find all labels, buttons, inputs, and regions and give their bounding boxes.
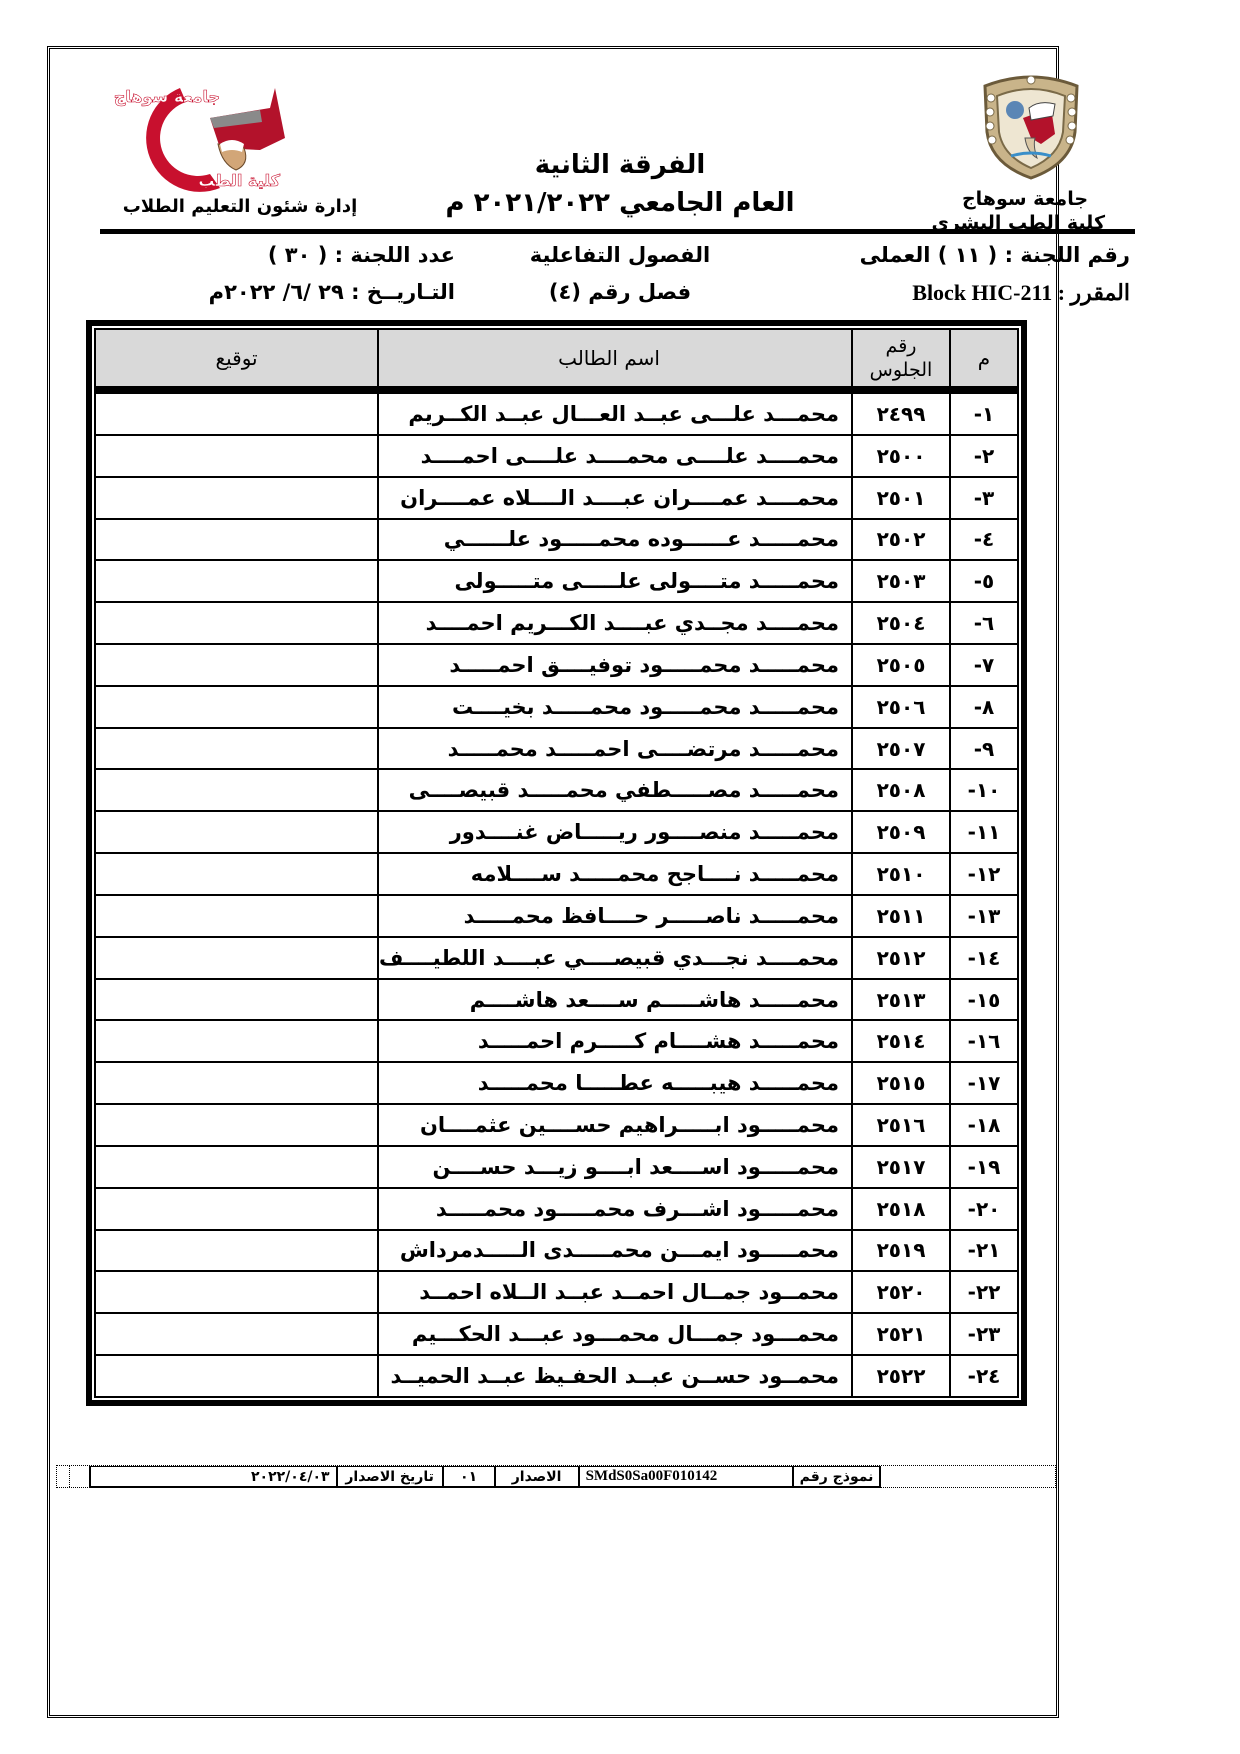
signature-cell[interactable] — [95, 811, 378, 853]
signature-cell[interactable] — [95, 390, 378, 435]
signature-cell[interactable] — [95, 1062, 378, 1104]
row-number: ٨- — [950, 686, 1018, 728]
table-row: ٢٠-٢٥١٨محمـــــود اشـــرف محمـــــود محم… — [95, 1188, 1018, 1230]
table-row: ٢٤-٢٥٢٢محمــود حســن عبــد الحفـيظ عبــد… — [95, 1355, 1018, 1397]
issue-date-label: تاريخ الاصدار — [337, 1467, 443, 1488]
row-number: ٢٤- — [950, 1355, 1018, 1397]
row-number: ١٩- — [950, 1146, 1018, 1188]
table-row: ٧-٢٥٠٥محمـــــد محمـــــود توفيــــق احم… — [95, 644, 1018, 686]
student-name: محمــــد عمــــران عبــــد الــــلاه عمـ… — [378, 477, 852, 519]
seat-number: ٢٥٠٨ — [852, 769, 950, 811]
student-name: محمـــــد مصـــــطفي محمـــــد قبيصــــى — [378, 769, 852, 811]
footer-stub — [69, 1466, 91, 1487]
signature-cell[interactable] — [95, 477, 378, 519]
student-name: محمـــود جمـــال محمـــود عبـــد الحكـــ… — [378, 1313, 852, 1355]
row-number: ١٦- — [950, 1020, 1018, 1062]
signature-cell[interactable] — [95, 1355, 378, 1397]
signature-cell[interactable] — [95, 519, 378, 561]
column-header-signature: توقيع — [95, 329, 378, 390]
signature-cell[interactable] — [95, 769, 378, 811]
seat-number: ٢٥١٩ — [852, 1230, 950, 1272]
signature-cell[interactable] — [95, 1271, 378, 1313]
signature-cell[interactable] — [95, 435, 378, 477]
table-header-row: م رقم الجلوس اسم الطالب توقيع — [95, 329, 1018, 390]
student-name: محمــود جمــال احمــد عبــد الــلاه احمـ… — [378, 1271, 852, 1313]
department-caption: إدارة شئون التعليم الطلاب — [120, 196, 360, 217]
row-number: ٢٠- — [950, 1188, 1018, 1230]
table-row: ١٣-٢٥١١محمـــــد ناصـــــر حــــافظ محمـ… — [95, 895, 1018, 937]
student-name: محمـــــد هاشـــــم ســــعد هاشــــم — [378, 979, 852, 1021]
seat-number: ٢٥١٥ — [852, 1062, 950, 1104]
seat-number: ٢٥١٠ — [852, 853, 950, 895]
seat-number: ٢٥٠٢ — [852, 519, 950, 561]
student-name: محمـــــد هيبـــــه عطـــــا محمـــــد — [378, 1062, 852, 1104]
row-number: ١١- — [950, 811, 1018, 853]
table-row: ١٧-٢٥١٥محمـــــد هيبـــــه عطـــــا محمـ… — [95, 1062, 1018, 1104]
student-name: محمـــــد مرتضــــى احمـــــد محمـــــد — [378, 728, 852, 770]
seat-number: ٢٥١٧ — [852, 1146, 950, 1188]
seat-number: ٢٥٠٠ — [852, 435, 950, 477]
seat-number: ٢٥٢١ — [852, 1313, 950, 1355]
svg-text:جامعة سوهاج: جامعة سوهاج — [114, 87, 220, 106]
table-row: ٢١-٢٥١٩محمـــــود ايمـــن محمـــــدى الـ… — [95, 1230, 1018, 1272]
row-number: ٣- — [950, 477, 1018, 519]
student-name: محمـــــود ايمـــن محمـــــدى الـــــدمر… — [378, 1230, 852, 1272]
student-name: محمـــــد نــــاجح محمـــــد ســــلامه — [378, 853, 852, 895]
seat-number: ٢٥٠١ — [852, 477, 950, 519]
student-name: محمــــد نجـــدي قبيصــــي عبــــد اللطي… — [378, 937, 852, 979]
table-row: ١٥-٢٥١٣محمـــــد هاشـــــم ســــعد هاشــ… — [95, 979, 1018, 1021]
row-number: ١٨- — [950, 1104, 1018, 1146]
student-name: محمـــــد عــــــوده محمـــــود علــــــ… — [378, 519, 852, 561]
seat-number: ٢٥١١ — [852, 895, 950, 937]
row-number: ١٠- — [950, 769, 1018, 811]
seat-number: ٢٥٠٤ — [852, 602, 950, 644]
form-footer: نموذج رقم SMdS0Sa00F010142 الاصدار ٠١ تا… — [56, 1465, 1056, 1488]
row-number: ١- — [950, 390, 1018, 435]
attendance-table: م رقم الجلوس اسم الطالب توقيع ١-٢٤٩٩محمـ… — [86, 320, 1027, 1406]
academic-year-level: الفرقة الثانية — [440, 150, 800, 180]
table-row: ١٤-٢٥١٢محمــــد نجـــدي قبيصــــي عبــــ… — [95, 937, 1018, 979]
table-row: ٤-٢٥٠٢محمـــــد عــــــوده محمـــــود عل… — [95, 519, 1018, 561]
seat-number: ٢٥٠٦ — [852, 686, 950, 728]
table-row: ١١-٢٥٠٩محمـــــد منصــــور ريـــــاض غنـ… — [95, 811, 1018, 853]
table-row: ٨-٢٥٠٦محمـــــد محمـــــود محمـــــد بخي… — [95, 686, 1018, 728]
signature-cell[interactable] — [95, 1146, 378, 1188]
signature-cell[interactable] — [95, 895, 378, 937]
row-number: ١٥- — [950, 979, 1018, 1021]
faculty-of-medicine-logo-icon: جامعة سوهاج كلية الطب — [110, 78, 310, 193]
row-number: ٩- — [950, 728, 1018, 770]
version-label: الاصدار — [495, 1467, 579, 1488]
signature-cell[interactable] — [95, 937, 378, 979]
seat-number: ٢٥١٦ — [852, 1104, 950, 1146]
table-row: ٩-٢٥٠٧محمـــــد مرتضــــى احمـــــد محمـ… — [95, 728, 1018, 770]
seat-number: ٢٥٠٧ — [852, 728, 950, 770]
row-number: ٥- — [950, 560, 1018, 602]
signature-cell[interactable] — [95, 1188, 378, 1230]
student-name: محمـــــد محمـــــود توفيــــق احمـــــد — [378, 644, 852, 686]
version-value: ٠١ — [443, 1467, 495, 1488]
table-row: ١٩-٢٥١٧محمـــــود اســــعد ابــــو زيـــ… — [95, 1146, 1018, 1188]
signature-cell[interactable] — [95, 728, 378, 770]
class-number: فصل رقم (٤) — [520, 280, 720, 304]
row-number: ٤- — [950, 519, 1018, 561]
table-row: ٢٣-٢٥٢١محمـــود جمـــال محمـــود عبـــد … — [95, 1313, 1018, 1355]
student-name: محمــــد علــــى محمــــد علــــى احمـــ… — [378, 435, 852, 477]
column-header-student-name: اسم الطالب — [378, 329, 852, 390]
section-title: الفصول التفاعلية — [520, 243, 720, 267]
signature-cell[interactable] — [95, 1230, 378, 1272]
seat-number: ٢٥٠٩ — [852, 811, 950, 853]
student-name: محمـــد علـــى عبــد العـــال عبــد الكـ… — [378, 390, 852, 435]
svg-text:كلية الطب: كلية الطب — [198, 171, 280, 190]
table-row: ٢-٢٥٠٠محمــــد علــــى محمــــد علــــى … — [95, 435, 1018, 477]
row-number: ١٧- — [950, 1062, 1018, 1104]
university-name: جامعة سوهاج — [945, 188, 1105, 210]
student-name: محمــود حســن عبــد الحفـيظ عبــد الحميـ… — [378, 1355, 852, 1397]
course-code: المقرر : Block HIC-211 — [912, 280, 1130, 306]
exam-date: التـاريــخ : ٢٩ /٦/ ٢٠٢٢م — [209, 280, 455, 304]
seat-number: ٢٥١٢ — [852, 937, 950, 979]
table-row: ١٨-٢٥١٦محمـــــود ابـــــراهيم حســــين … — [95, 1104, 1018, 1146]
row-number: ٦- — [950, 602, 1018, 644]
student-name: محمـــــود اشـــرف محمـــــود محمـــــد — [378, 1188, 852, 1230]
table-row: ٣-٢٥٠١محمــــد عمــــران عبــــد الــــل… — [95, 477, 1018, 519]
row-number: ١٤- — [950, 937, 1018, 979]
student-name: محمـــــود ابـــــراهيم حســــين عثمــــ… — [378, 1104, 852, 1146]
seat-number: ٢٤٩٩ — [852, 390, 950, 435]
row-number: ٧- — [950, 644, 1018, 686]
seat-number: ٢٥١٣ — [852, 979, 950, 1021]
student-name: محمـــــد متــــولى علـــــى متـــــولى — [378, 560, 852, 602]
seat-number: ٢٥٢٠ — [852, 1271, 950, 1313]
form-number-label: نموذج رقم — [793, 1467, 881, 1488]
seat-number: ٢٥١٨ — [852, 1188, 950, 1230]
row-number: ٢٢- — [950, 1271, 1018, 1313]
table-row: ١-٢٤٩٩محمـــد علـــى عبــد العـــال عبــ… — [95, 390, 1018, 435]
student-name: محمـــــد هشــــام كـــــرم احمـــــد — [378, 1020, 852, 1062]
academic-year: العام الجامعي ٢٠٢١/٢٠٢٢ م — [440, 188, 800, 218]
signature-cell[interactable] — [95, 979, 378, 1021]
column-header-number: م — [950, 329, 1018, 390]
table-row: ١٢-٢٥١٠محمـــــد نــــاجح محمـــــد ســـ… — [95, 853, 1018, 895]
row-number: ١٢- — [950, 853, 1018, 895]
row-number: ٢٣- — [950, 1313, 1018, 1355]
table-row: ٢٢-٢٥٢٠محمــود جمــال احمــد عبــد الــل… — [95, 1271, 1018, 1313]
issue-date: ٢٠٢٢/٠٤/٠٣ — [90, 1467, 337, 1488]
signature-cell[interactable] — [95, 686, 378, 728]
seat-number: ٢٥٠٣ — [852, 560, 950, 602]
student-name: محمـــــد محمـــــود محمـــــد بخيــــت — [378, 686, 852, 728]
seat-number: ٢٥٠٥ — [852, 644, 950, 686]
committee-number: رقم اللجنة : ( ١١ ) العملى — [860, 243, 1130, 267]
sohag-university-crest-icon — [975, 72, 1087, 182]
seat-number: ٢٥١٤ — [852, 1020, 950, 1062]
table-row: ٥-٢٥٠٣محمـــــد متــــولى علـــــى متـــ… — [95, 560, 1018, 602]
column-header-seat-number: رقم الجلوس — [852, 329, 950, 390]
signature-cell[interactable] — [95, 602, 378, 644]
row-number: ٢- — [950, 435, 1018, 477]
signature-cell[interactable] — [95, 560, 378, 602]
signature-cell[interactable] — [95, 853, 378, 895]
row-number: ١٣- — [950, 895, 1018, 937]
table-row: ١٦-٢٥١٤محمـــــد هشــــام كـــــرم احمــ… — [95, 1020, 1018, 1062]
student-name: محمـــــود اســــعد ابــــو زيـــد حســـ… — [378, 1146, 852, 1188]
form-number: SMdS0Sa00F010142 — [579, 1467, 793, 1488]
seat-number: ٢٥٢٢ — [852, 1355, 950, 1397]
table-row: ٦-٢٥٠٤محمــــد مجــدي عبــــد الكـــريم … — [95, 602, 1018, 644]
signature-cell[interactable] — [95, 1020, 378, 1062]
table-row: ١٠-٢٥٠٨محمـــــد مصـــــطفي محمـــــد قب… — [95, 769, 1018, 811]
header-divider — [100, 229, 1135, 234]
student-name: محمـــــد ناصـــــر حــــافظ محمـــــد — [378, 895, 852, 937]
row-number: ٢١- — [950, 1230, 1018, 1272]
signature-cell[interactable] — [95, 644, 378, 686]
signature-cell[interactable] — [95, 1104, 378, 1146]
student-name: محمــــد مجــدي عبــــد الكـــريم احمـــ… — [378, 602, 852, 644]
signature-cell[interactable] — [95, 1313, 378, 1355]
student-name: محمـــــد منصــــور ريـــــاض غنــــدور — [378, 811, 852, 853]
committee-count: عدد اللجنة : ( ٣٠ ) — [268, 243, 455, 267]
